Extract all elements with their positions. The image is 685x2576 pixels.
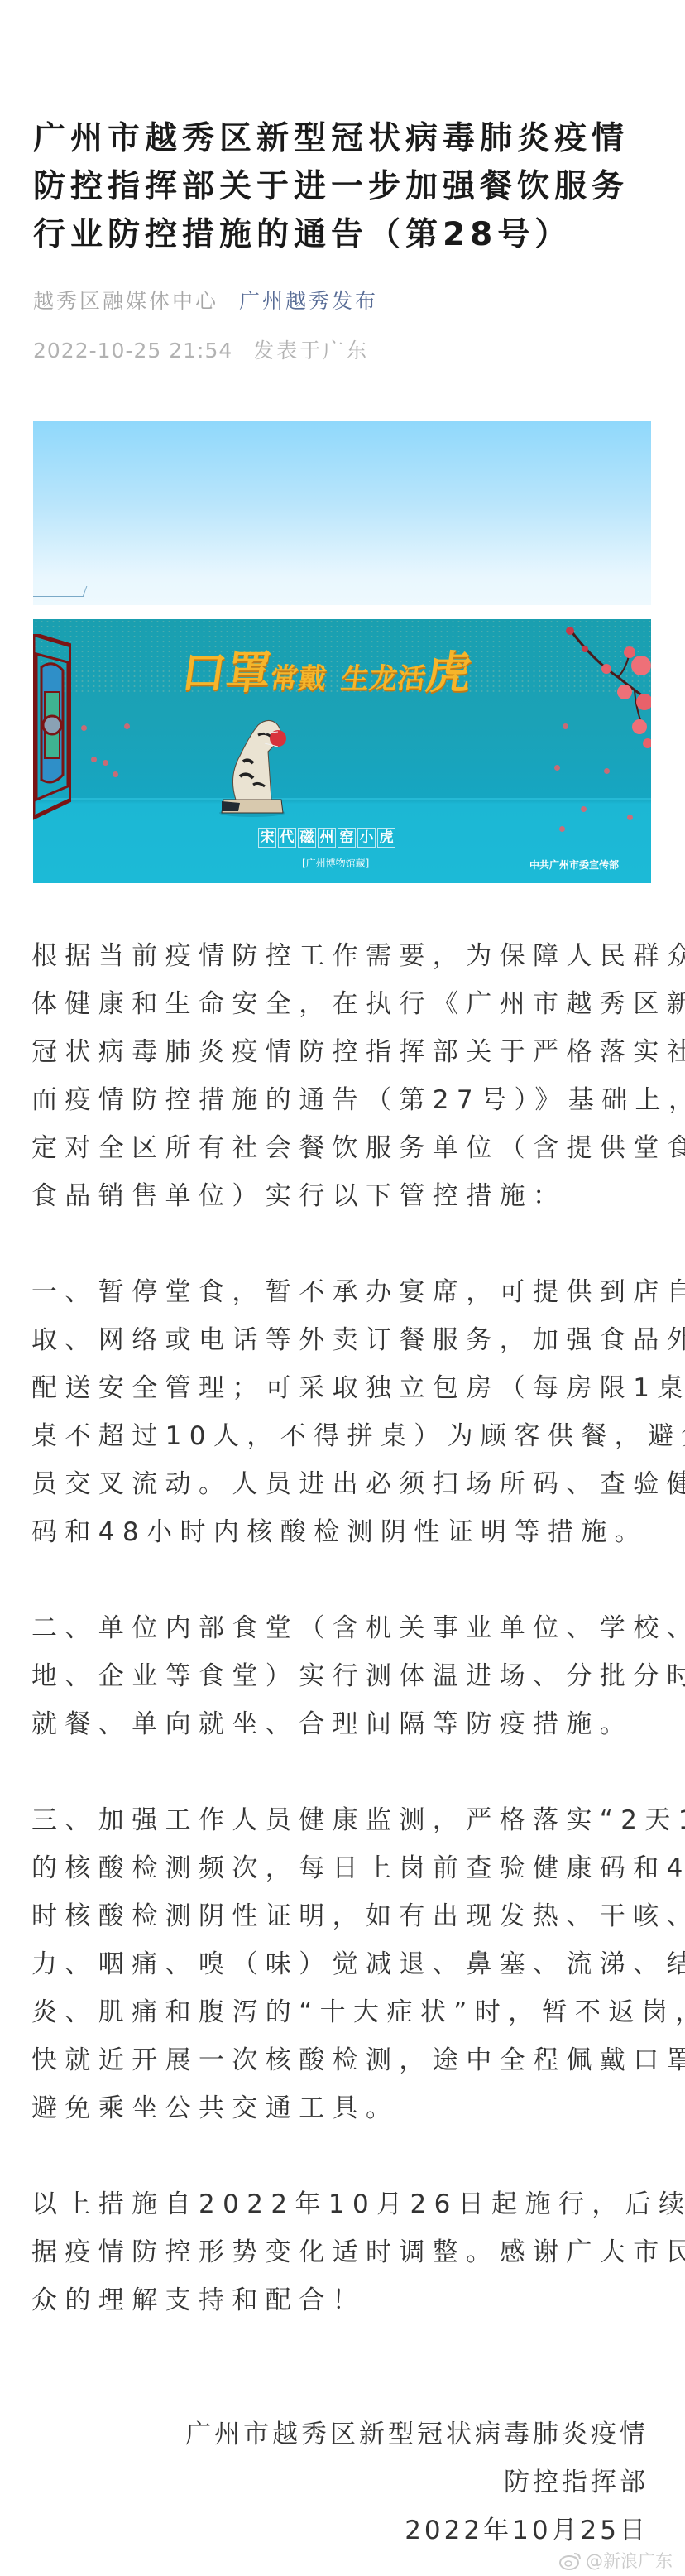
weibo-watermark: @新浪广东 xyxy=(559,2548,673,2573)
paragraph-effective-date: 以上措施自2022年10月26日起施行，后续将根 据疫情防控形势变化适时调整。感… xyxy=(31,2180,660,2324)
author-name: 越秀区融媒体中心 xyxy=(33,289,218,313)
signature-org: 广州市越秀区新型冠状病毒肺炎疫情 xyxy=(185,2410,649,2458)
title-line: 行业防控措施的通告（第28号） xyxy=(33,211,662,259)
publish-location: 发表于广东 xyxy=(253,339,369,363)
title-line: 广州市越秀区新型冠状病毒肺炎疫情 xyxy=(33,115,662,163)
petal xyxy=(103,760,108,766)
petal xyxy=(604,768,610,774)
signature-block: 广州市越秀区新型冠状病毒肺炎疫情 防控指挥部 2022年10月25日 xyxy=(185,2410,649,2554)
article-source: 越秀区融媒体中心 广州越秀发布 xyxy=(33,286,378,316)
poster-department-credit: 中共广州市委宣传部 xyxy=(529,858,619,872)
article-body: 根据当前疫情防控工作需要，为保障人民群众身 体健康和生命安全，在执行《广州市越秀… xyxy=(31,932,660,2372)
poster-museum-credit: [广州博物馆藏] xyxy=(302,856,369,870)
title-line: 防控指挥部关于进一步加强餐饮服务 xyxy=(33,163,662,211)
lattice-window-icon xyxy=(33,634,71,833)
petal xyxy=(627,815,633,820)
account-link[interactable]: 广州越秀发布 xyxy=(239,289,378,313)
poster-caption: 宋 代 磁 州 窑 小 虎 xyxy=(258,828,395,848)
petal xyxy=(581,806,587,812)
petal xyxy=(559,826,565,832)
petal xyxy=(554,765,560,771)
weibo-icon xyxy=(559,2550,582,2570)
poster-headline: 口罩常戴生龙活虎 xyxy=(178,637,477,701)
paragraph-intro: 根据当前疫情防控工作需要，为保障人民群众身 体健康和生命安全，在执行《广州市越秀… xyxy=(31,932,660,1220)
sky-image[interactable] xyxy=(33,421,651,605)
petal xyxy=(113,771,118,777)
plum-blossom-branch-icon xyxy=(527,619,651,785)
mask-tiger-poster[interactable]: 口罩常戴生龙活虎 宋 代 磁 州 窑 小 虎 [广州博物馆藏] 中共广州市委宣传… xyxy=(33,619,651,883)
article-meta-date: 2022-10-25 21:54 发表于广东 xyxy=(33,336,369,366)
paragraph-measure-2: 二、单位内部食堂（含机关事业单位、学校、工 地、企业等食堂）实行测体温进场、分批… xyxy=(31,1604,660,1748)
petal xyxy=(91,757,97,762)
article-title: 广州市越秀区新型冠状病毒肺炎疫情 防控指挥部关于进一步加强餐饮服务 行业防控措施… xyxy=(33,115,662,259)
petal xyxy=(563,723,568,729)
petal xyxy=(81,725,87,731)
sky-image-edge xyxy=(33,596,84,597)
watermark-text: @新浪广东 xyxy=(586,2548,673,2573)
sky-image-edge xyxy=(83,586,88,597)
publish-datetime: 2022-10-25 21:54 xyxy=(33,339,232,363)
paragraph-measure-1: 一、暂停堂食，暂不承办宴席，可提供到店自 取、网络或电话等外卖订餐服务，加强食品… xyxy=(31,1268,660,1556)
porcelain-tiger-icon xyxy=(207,710,298,818)
paragraph-measure-3: 三、加强工作人员健康监测，严格落实“2天1检” 的核酸检测频次，每日上岗前查验健… xyxy=(31,1796,660,2132)
signature-org-cont: 防控指挥部 xyxy=(185,2458,649,2506)
poster-horizon xyxy=(33,798,651,800)
petal xyxy=(124,723,130,729)
